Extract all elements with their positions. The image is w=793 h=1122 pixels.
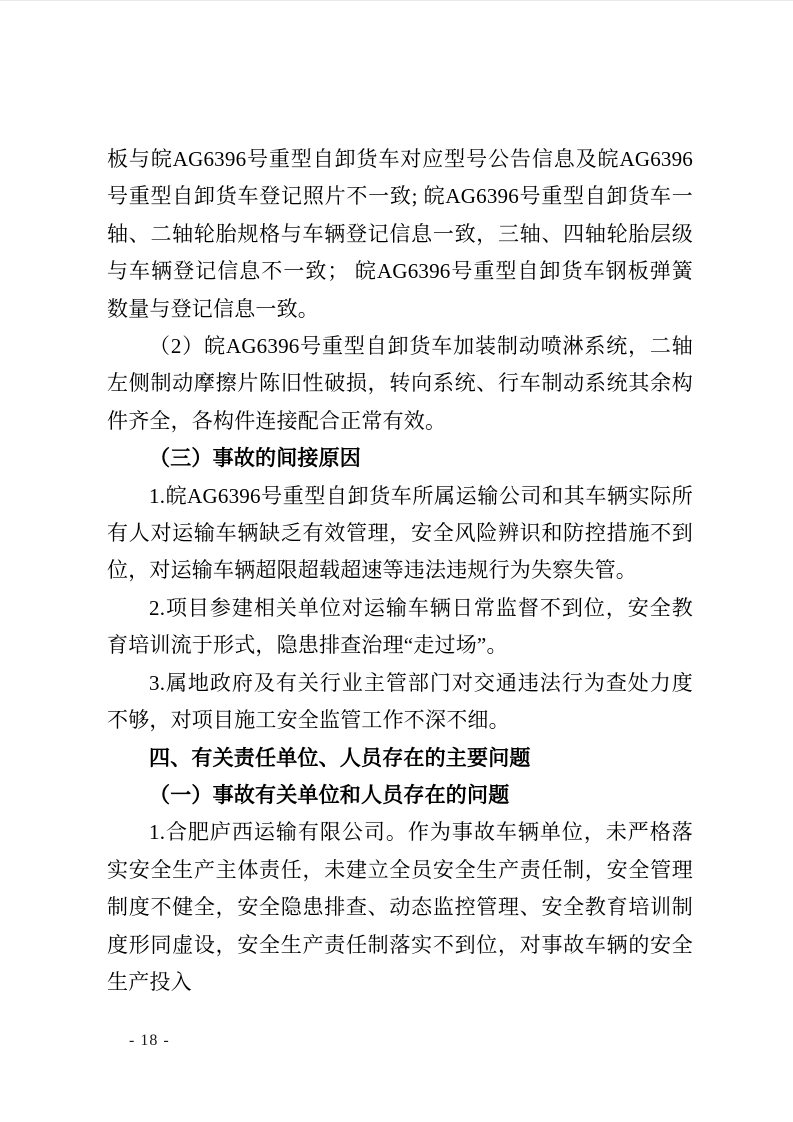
page-number: - 18 -	[129, 1032, 170, 1050]
paragraph-item-2-brake-spray-system: （2）皖AG6396号重型自卸货车加装制动喷淋系统，二轴左侧制动摩擦片陈旧性破损…	[107, 328, 693, 440]
paragraph-problem-1-hefei-luxi-transport: 1.合肥庐西运输有限公司。作为事故车辆单位，未严格落实安全生产主体责任，未建立全…	[107, 814, 693, 1001]
section-heading-indirect-causes: （三）事故的间接原因	[107, 440, 693, 477]
document-page: 板与皖AG6396号重型自卸货车对应型号公告信息及皖AG6396号重型自卸货车登…	[0, 0, 793, 1122]
paragraph-cause-2-project-units: 2.项目参建相关单位对运输车辆日常监督不到位，安全教育培训流于形式，隐患排查治理…	[107, 590, 693, 665]
subsection-heading-units-personnel-problems: （一）事故有关单位和人员存在的问题	[107, 777, 693, 814]
page-top-edge	[0, 0, 793, 1]
paragraph-continuation-vehicle-registration: 板与皖AG6396号重型自卸货车对应型号公告信息及皖AG6396号重型自卸货车登…	[107, 141, 693, 328]
paragraph-cause-3-local-government: 3.属地政府及有关行业主管部门对交通违法行为查处力度不够，对项目施工安全监管工作…	[107, 665, 693, 740]
paragraph-cause-1-transport-company: 1.皖AG6396号重型自卸货车所属运输公司和其车辆实际所有人对运输车辆缺乏有效…	[107, 478, 693, 590]
chapter-heading-responsible-units-problems: 四、有关责任单位、人员存在的主要问题	[107, 740, 693, 777]
document-content: 板与皖AG6396号重型自卸货车对应型号公告信息及皖AG6396号重型自卸货车登…	[107, 141, 693, 1001]
